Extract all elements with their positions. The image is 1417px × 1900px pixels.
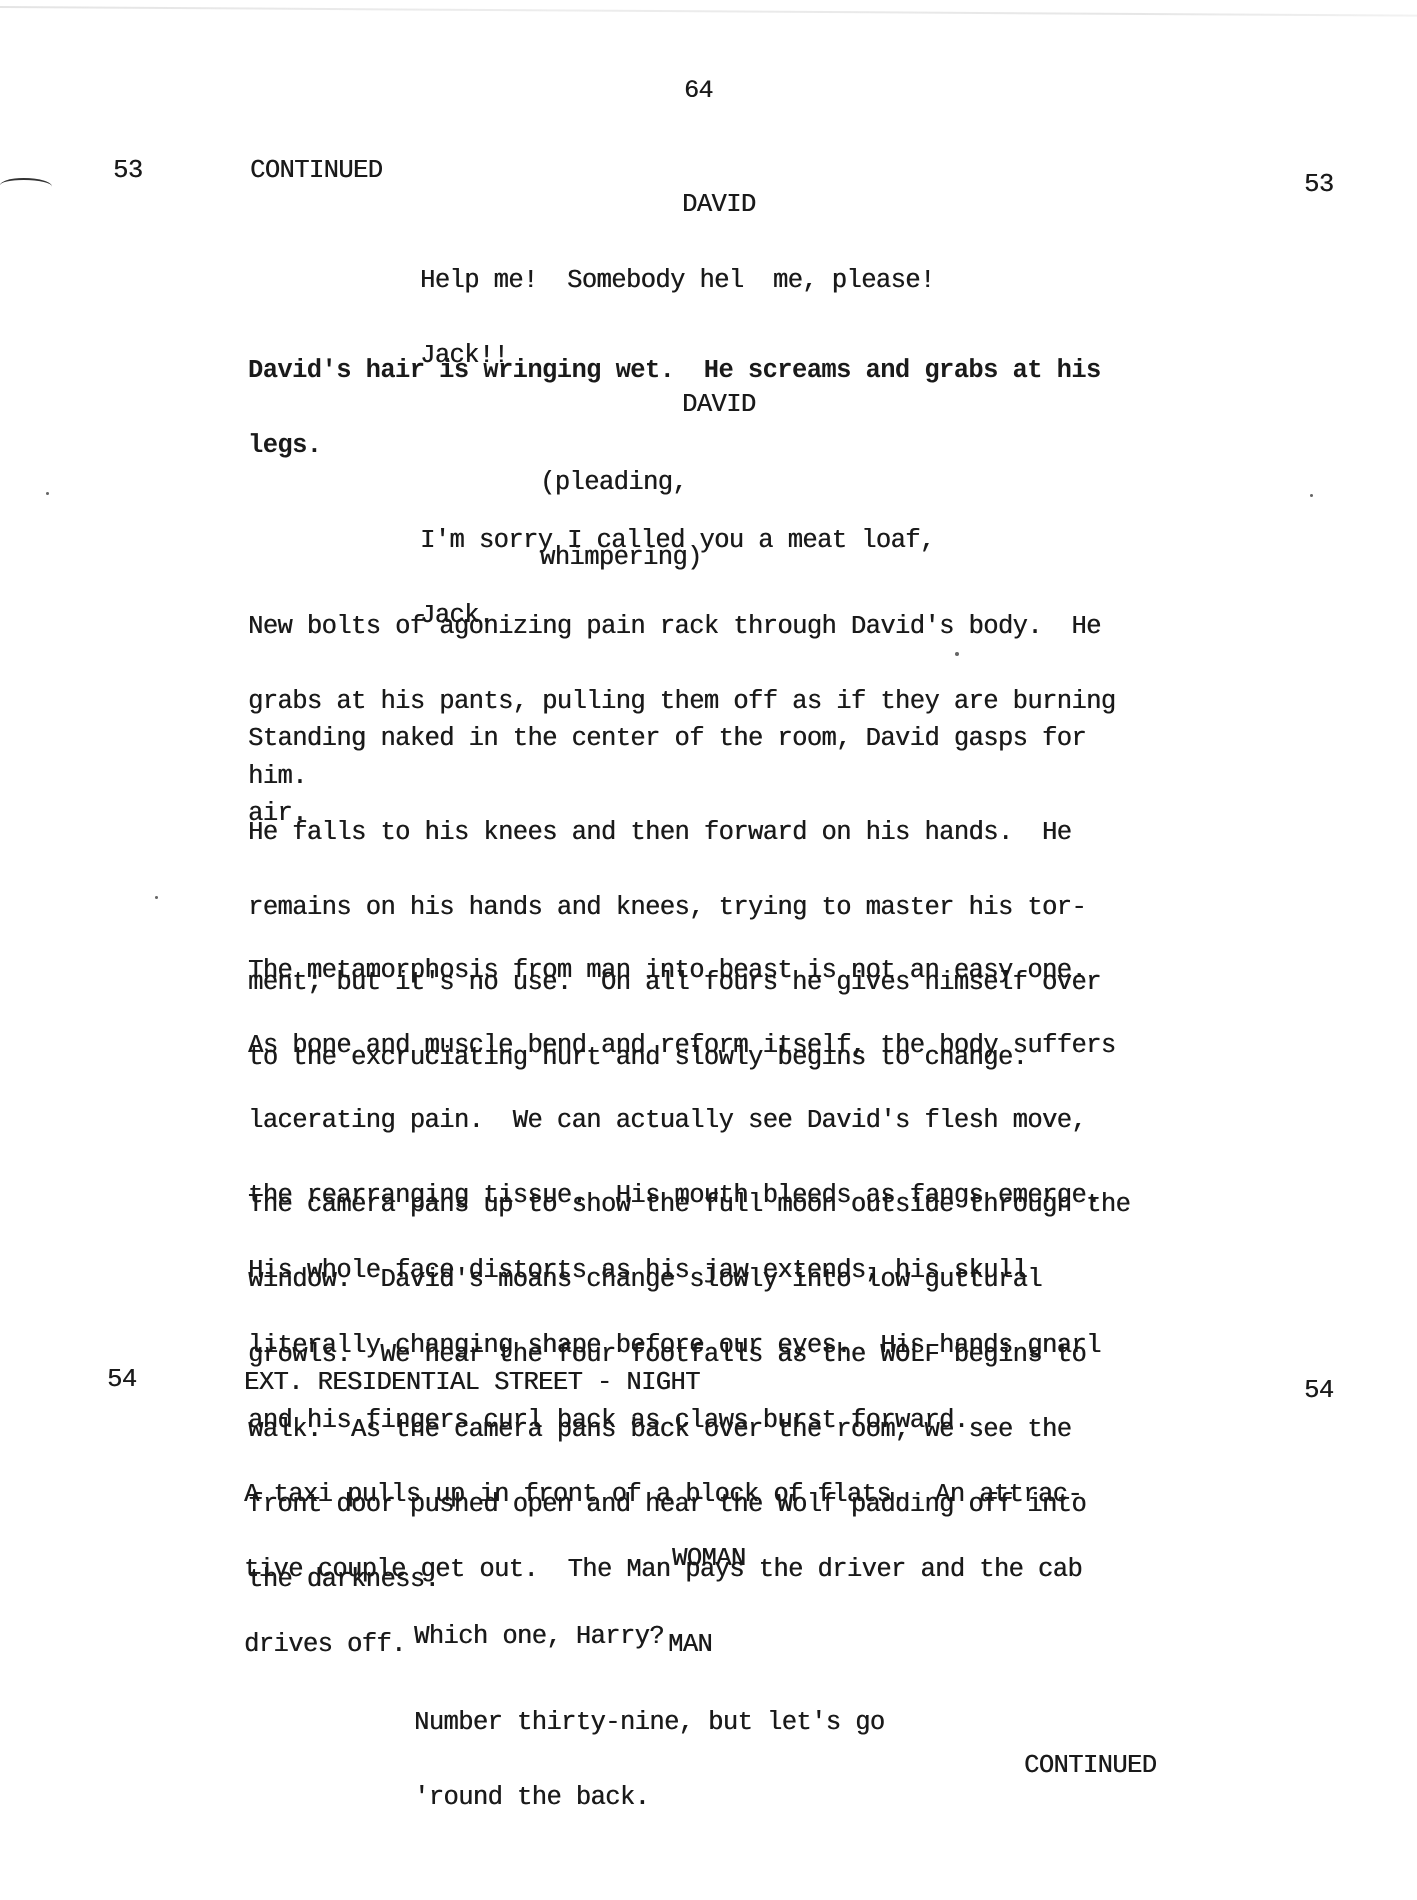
action-line: window. David's moans change slowly into… <box>248 1267 1130 1292</box>
character-name: WOMAN <box>672 1546 746 1571</box>
action-line: The camera pans up to show the full moon… <box>248 1192 1130 1217</box>
action-line: He falls to his knees and then forward o… <box>248 820 1101 845</box>
action-line: lacerating pain. We can actually see Dav… <box>248 1108 1115 1133</box>
action-line: The metamorphosis from man into beast is… <box>248 958 1115 983</box>
character-name: MAN <box>668 1632 712 1657</box>
continued-footer: CONTINUED <box>1024 1753 1156 1778</box>
scene-number-right: 53 <box>1304 172 1333 197</box>
action-line: David's hair is wringing wet. He screams… <box>248 358 1101 383</box>
scene-number-right: 54 <box>1304 1378 1333 1403</box>
page-number: 64 <box>684 78 713 103</box>
action-line: A taxi pulls up in front of a block of f… <box>244 1482 1082 1507</box>
margin-scribble <box>0 178 52 194</box>
dialogue: Number thirty-nine, but let's go 'round … <box>414 1660 884 1835</box>
character-name: DAVID <box>682 392 756 417</box>
character-name: DAVID <box>682 192 756 217</box>
action-line: Standing naked in the center of the room… <box>248 726 1086 751</box>
dialogue: Which one, Harry? <box>414 1574 664 1674</box>
scan-speck <box>1310 494 1313 497</box>
scan-edge-artifact <box>0 6 1417 17</box>
dialogue-line: Which one, Harry? <box>414 1624 664 1649</box>
scene-heading: CONTINUED <box>250 158 382 183</box>
dialogue-line: I'm sorry I called you a meat loaf, <box>420 528 935 553</box>
dialogue-line: Number thirty-nine, but let's go <box>414 1710 884 1735</box>
dialogue-line: 'round the back. <box>414 1785 884 1810</box>
dialogue-line: Help me! Somebody hel me, please! <box>420 268 935 293</box>
scan-speck <box>155 896 158 899</box>
scene-number-left: 54 <box>107 1367 136 1392</box>
scene-number-left: 53 <box>113 158 142 183</box>
scene-heading: EXT. RESIDENTIAL STREET - NIGHT <box>244 1370 700 1395</box>
action-line: growls. We hear the four footfalls as th… <box>248 1342 1130 1367</box>
action-line: As bone and muscle bend and reform itsel… <box>248 1033 1115 1058</box>
scan-speck <box>46 492 49 495</box>
action-line: New bolts of agonizing pain rack through… <box>248 614 1115 639</box>
